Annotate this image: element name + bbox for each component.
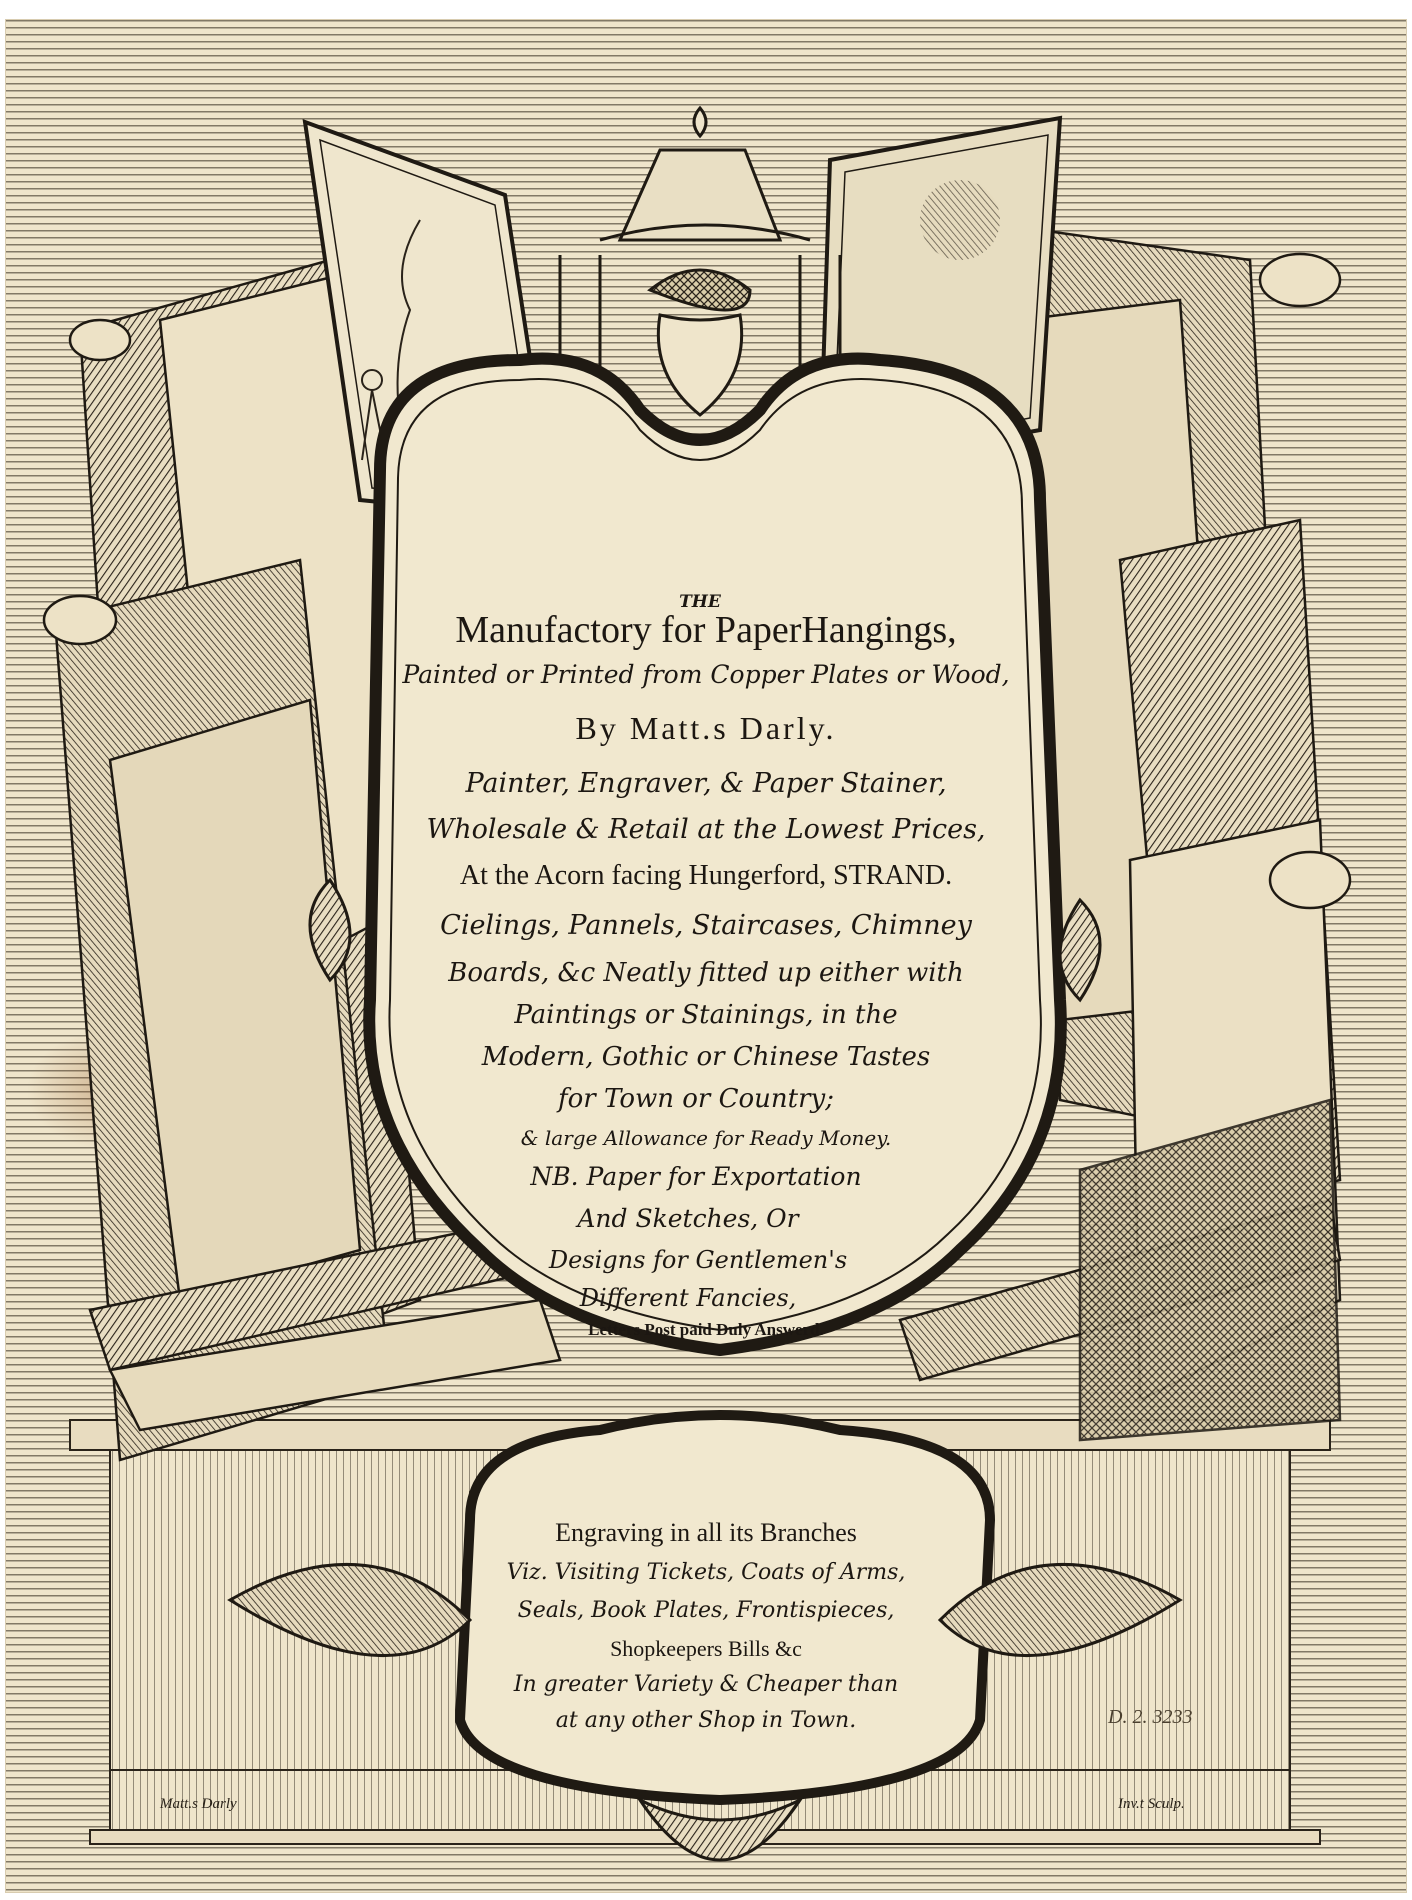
proprietor-name: By Matt.s Darly.: [0, 710, 1412, 747]
text-line: Boards, &c Neatly fitted up either with: [0, 958, 1412, 988]
signature-right: Inv.t Sculp.: [1118, 1796, 1185, 1813]
engraving-heading: Engraving in all its Branches: [0, 1518, 1412, 1548]
text-line: And Sketches, Or: [0, 1204, 1394, 1233]
shop-address: At the Acorn facing Hungerford, STRAND.: [0, 860, 1412, 892]
text-line: Wholesale & Retail at the Lowest Prices,: [0, 814, 1412, 845]
text-line: Different Fancies,: [0, 1284, 1394, 1312]
text-line: Painter, Engraver, & Paper Stainer,: [0, 768, 1412, 799]
signature-left: Matt.s Darly: [160, 1796, 237, 1813]
text-line: Painted or Printed from Copper Plates or…: [0, 660, 1412, 689]
text-line: Letters Post paid Duly Answerd.: [0, 1320, 1412, 1340]
text-line: In greater Variety & Cheaper than: [0, 1672, 1412, 1697]
text-line: Modern, Gothic or Chinese Tastes: [0, 1042, 1412, 1072]
collection-mark: D. 2. 3233: [1108, 1706, 1192, 1729]
text-line: at any other Shop in Town.: [0, 1708, 1412, 1733]
text-line: Designs for Gentlemen's: [0, 1246, 1404, 1274]
text-line: Paintings or Stainings, in the: [0, 1000, 1412, 1030]
text-line: & large Allowance for Ready Money.: [0, 1126, 1412, 1150]
main-cartouche: [310, 359, 1100, 1350]
text-line: Viz. Visiting Tickets, Coats of Arms,: [0, 1560, 1412, 1585]
text-line: for Town or Country;: [0, 1084, 1402, 1114]
text-line: Seals, Book Plates, Frontispieces,: [0, 1598, 1412, 1623]
text-line: NB. Paper for Exportation: [0, 1162, 1402, 1191]
text-line: Shopkeepers Bills &c: [0, 1636, 1412, 1662]
heading-title: Manufactory for PaperHangings,: [0, 608, 1412, 652]
text-line: Cielings, Pannels, Staircases, Chimney: [0, 910, 1412, 941]
